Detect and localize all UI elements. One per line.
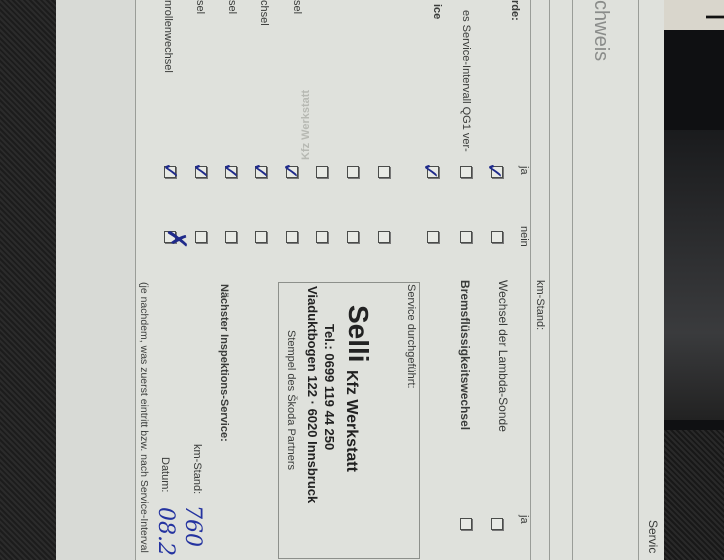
- stamp-phone: Tel.: 0699 119 44 250: [322, 324, 337, 450]
- item-label-5: sel: [226, 0, 238, 14]
- checkbox-brake-fluid-yes[interactable]: [460, 518, 472, 530]
- checkbox-no-3[interactable]: [378, 231, 390, 243]
- next-service-heading: Nächster Inspektions-Service:: [218, 284, 230, 442]
- form-rule: [530, 0, 531, 560]
- lambda-probe-label: Wechsel der Lambda-Sonde: [496, 280, 510, 432]
- item-label-6: sel: [194, 0, 206, 14]
- stamp-caption: Stempel des Škoda Partners: [285, 330, 297, 470]
- item-label-4: chsel: [258, 0, 270, 26]
- column-no: nein: [518, 226, 530, 247]
- check-mark-icon: ✓: [278, 162, 300, 180]
- checkbox-no-9[interactable]: [195, 231, 207, 243]
- check-mark-icon: ✓: [218, 162, 240, 180]
- form-rule: [135, 0, 136, 560]
- checkbox-no-5[interactable]: [316, 231, 328, 243]
- checkbox-yes-5[interactable]: [316, 166, 328, 178]
- checkbox-no-0[interactable]: [491, 231, 503, 243]
- stamp-subtitle: Kfz Werkstatt: [342, 370, 360, 472]
- next-service-footnote: (je nachdem, was zuerst eintritt bzw. na…: [138, 282, 150, 553]
- column-yes: ja: [518, 166, 530, 175]
- column-yes-right: ja: [518, 515, 530, 524]
- background-fabric-left: [0, 0, 56, 560]
- checkbox-no-7[interactable]: [255, 231, 267, 243]
- stamp-brand: Selli: [342, 305, 374, 363]
- scribble-mark-icon: ✗: [163, 228, 189, 250]
- checkbox-no-1[interactable]: [460, 231, 472, 243]
- km-stand-label: km-Stand:: [534, 280, 546, 330]
- header-service: Servic: [646, 520, 660, 553]
- background-page-edge: T: [664, 0, 724, 33]
- background-glyph: T: [698, 8, 724, 26]
- bleed-through-text: Kfz Werkstatt: [300, 90, 312, 160]
- next-service-km-value: 760: [180, 505, 205, 547]
- form-rule: [572, 0, 573, 560]
- background-leather: [664, 130, 724, 420]
- next-service-date-label: Datum:: [159, 457, 171, 492]
- next-service-date-value: 08.2: [153, 507, 178, 556]
- check-mark-icon: ✓: [418, 162, 440, 180]
- item-label-0: rde:: [509, 0, 521, 21]
- checkbox-no-6[interactable]: [286, 231, 298, 243]
- check-mark-icon: ✓: [188, 162, 210, 180]
- checkbox-yes-4[interactable]: [347, 166, 359, 178]
- checkbox-no-2[interactable]: [427, 231, 439, 243]
- item-label-1: es Service-Intervall QG1 ver-: [460, 10, 472, 152]
- checkbox-no-8[interactable]: [225, 231, 237, 243]
- check-mark-icon: ✓: [482, 162, 504, 180]
- service-done-label: Service durchgeführt:: [405, 284, 417, 389]
- form-rule: [638, 0, 639, 560]
- form-rule: [549, 0, 550, 560]
- check-mark-icon: ✓: [248, 162, 270, 180]
- stamp-address: Viaduktbogen 122 · 6020 Innsbruck: [305, 286, 320, 503]
- document-title: chweis: [589, 0, 612, 61]
- brake-fluid-label: Bremsflüssigkeitswechsel: [458, 280, 472, 430]
- checkbox-yes-3[interactable]: [378, 166, 390, 178]
- checkbox-no-4[interactable]: [347, 231, 359, 243]
- background-fabric-right: [664, 430, 724, 560]
- checkbox-lambda-yes[interactable]: [491, 518, 503, 530]
- next-service-km-label: km-Stand:: [191, 444, 203, 494]
- page-margin: [56, 0, 136, 560]
- item-label-2: ice: [431, 4, 443, 19]
- check-mark-icon: ✓: [158, 162, 180, 180]
- item-label-7: nrollenwechsel: [162, 0, 174, 73]
- checkbox-yes-1[interactable]: [460, 166, 472, 178]
- item-label-3: sel: [291, 0, 303, 14]
